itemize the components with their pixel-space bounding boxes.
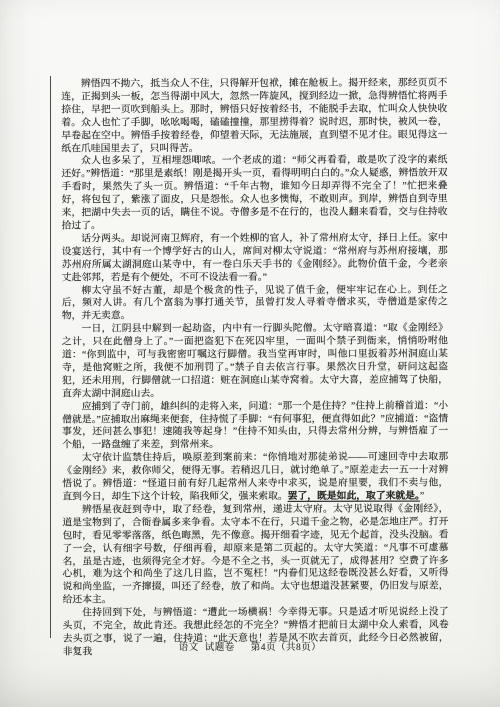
paragraph: 众人也多呆了，互相埋怨唧哝。一个老成的道：“师父再看看，敢是吹了没字的素纸还好。… <box>61 155 447 233</box>
paragraph: 太守依计监禁住持后，唤原差到案前来：“你悄地对那徒弟说——可速回寺中去取那《金刚… <box>62 452 448 505</box>
paragraph-text: ” <box>420 491 424 502</box>
paragraph: 应捕到了寺门前，雄纠纠的走将入来，问道：“那一个是住持？”住持上前稽首道：“小僧… <box>62 400 448 453</box>
scanned-exam-page: 辨悟四不拗六，抵当众人不住，只得解开包袱，摊在舱板上。揭开经来，那经页页不连，正… <box>0 0 500 707</box>
passage-text: 辨悟四不拗六，抵当众人不住，只得解开包袱，摊在舱板上。揭开经来，那经页页不连，正… <box>61 77 449 659</box>
paragraph: 辨悟星夜赶到寺中，取了经卷，复到常州，递进太守府。太守见说取得《金刚经》，道是宝… <box>62 503 448 607</box>
paragraph: 话分两头。却说河南卫辉府，有一个姓柳的官人，补了常州府太守，择日上任。家中设宴送… <box>62 232 448 285</box>
paragraph: 辨悟四不拗六，抵当众人不住，只得解开包袱，摊在舱板上。揭开经来，那经页页不连，正… <box>61 77 447 155</box>
page-footer: 语文试题卷第4页（共8页） <box>0 639 500 653</box>
left-margin-rule <box>50 76 51 638</box>
footer-subject: 语文 <box>179 643 199 653</box>
footer-page-number: 第4页（共8页） <box>251 643 322 653</box>
underlined-sentence: 罢了，既是如此，取了来就是。 <box>288 491 420 502</box>
paragraph: 一日，江阴县中解到一起劫盗，内中有一行脚头陀僧。太守暗喜道：“取《金刚经》之计，… <box>62 323 448 401</box>
paragraph: 柳太守虽不好古董，却是个极贪的性子，见说了值千金，便牢牢记在心上。到任之后，频对… <box>62 284 448 324</box>
footer-paper-name: 试题卷 <box>205 643 235 653</box>
